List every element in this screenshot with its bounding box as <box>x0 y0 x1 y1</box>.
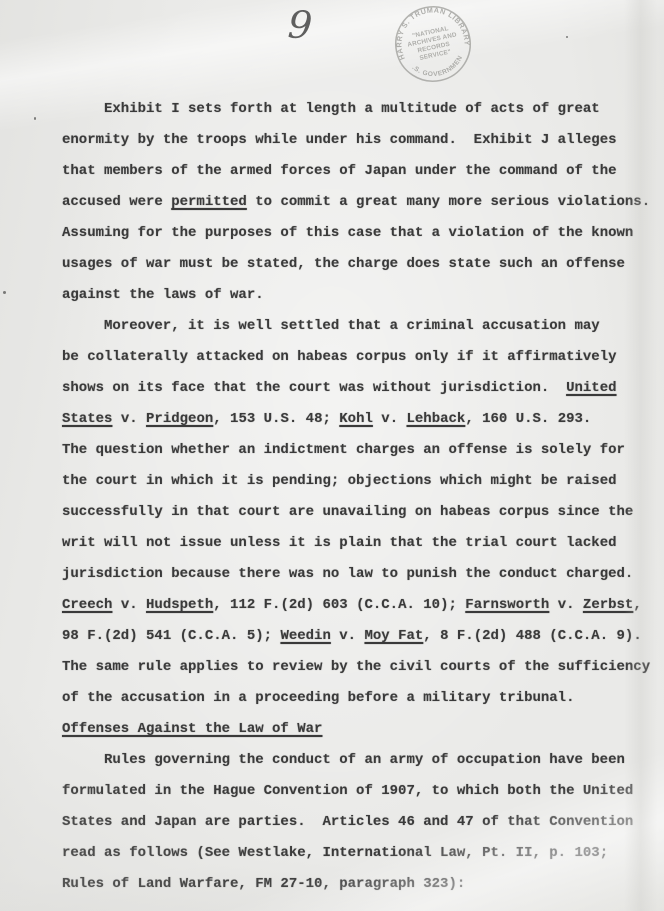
text-line: States v. Pridgeon, 153 U.S. 48; Kohl v.… <box>62 404 637 435</box>
underlined-text: Zerbst <box>583 597 633 613</box>
archives-stamp: HARRY S. TRUMAN LIBRARY U.S. GOVERNMENT … <box>371 0 495 106</box>
underlined-text: Kohl <box>339 411 373 427</box>
text-segment: v. <box>373 411 407 427</box>
text-segment: writ will not issue unless it is plain t… <box>62 535 617 551</box>
underlined-text: Farnsworth <box>465 597 549 613</box>
text-segment: v. <box>549 597 583 613</box>
text-line: The question whether an indictment charg… <box>62 435 637 466</box>
text-line: that members of the armed forces of Japa… <box>62 156 637 187</box>
text-line: Exhibit I sets forth at length a multitu… <box>62 94 637 125</box>
text-line: successfully in that court are unavailin… <box>62 497 637 528</box>
underlined-text: Weedin <box>280 628 330 644</box>
text-line: Rules governing the conduct of an army o… <box>62 745 637 776</box>
text-segment: Rules of Land Warfare, FM 27-10, paragra… <box>62 876 465 892</box>
text-line: Assuming for the purposes of this case t… <box>62 218 637 249</box>
underlined-text: Moy Fat <box>364 628 423 644</box>
text-segment: to commit a great many more serious viol… <box>247 194 650 210</box>
text-segment: enormity by the troops while under his c… <box>62 132 617 148</box>
text-segment: v. <box>112 411 146 427</box>
text-segment: v. <box>331 628 365 644</box>
paper-speck <box>34 117 36 120</box>
text-line: 98 F.(2d) 541 (C.C.A. 5); Weedin v. Moy … <box>62 621 637 652</box>
underlined-text: permitted <box>171 194 247 210</box>
text-segment: 98 F.(2d) 541 (C.C.A. 5); <box>62 628 280 644</box>
text-segment: the court in which it is pending; object… <box>62 473 617 489</box>
underlined-text: States <box>62 411 112 427</box>
underlined-text: Hudspeth <box>146 597 213 613</box>
text-segment: of the accusation in a proceeding before… <box>62 690 574 706</box>
text-line: accused were permitted to commit a great… <box>62 187 637 218</box>
text-segment: Rules governing the conduct of an army o… <box>104 752 625 768</box>
text-segment: The question whether an indictment charg… <box>62 442 625 458</box>
text-segment: , 160 U.S. 293. <box>465 411 591 427</box>
text-line: enormity by the troops while under his c… <box>62 125 637 156</box>
section-heading: Offenses Against the Law of War <box>62 714 637 745</box>
text-segment: States and Japan are parties. Articles 4… <box>62 814 633 830</box>
paper-speck <box>3 291 6 294</box>
text-segment: read as follows (See Westlake, Internati… <box>62 845 608 861</box>
text-line: Creech v. Hudspeth, 112 F.(2d) 603 (C.C.… <box>62 590 637 621</box>
text-segment: Exhibit I sets forth at length a multitu… <box>104 101 600 117</box>
text-segment: , 112 F.(2d) 603 (C.C.A. 10); <box>213 597 465 613</box>
text-segment: accused were <box>62 194 171 210</box>
text-segment: successfully in that court are unavailin… <box>62 504 633 520</box>
text-segment: shows on its face that the court was wit… <box>62 380 566 396</box>
text-line: of the accusation in a proceeding before… <box>62 683 637 714</box>
text-line: shows on its face that the court was wit… <box>62 373 637 404</box>
text-segment: that members of the armed forces of Japa… <box>62 163 617 179</box>
text-segment: The same rule applies to review by the c… <box>62 659 650 675</box>
text-line: States and Japan are parties. Articles 4… <box>62 807 637 838</box>
document-body: Exhibit I sets forth at length a multitu… <box>62 94 637 900</box>
text-segment: usages of war must be stated, the charge… <box>62 256 625 272</box>
text-segment: v. <box>112 597 146 613</box>
text-line: against the laws of war. <box>62 280 637 311</box>
underlined-text: Creech <box>62 597 112 613</box>
text-segment: against the laws of war. <box>62 287 264 303</box>
text-line: Moreover, it is well settled that a crim… <box>62 311 637 342</box>
text-segment: Moreover, it is well settled that a crim… <box>104 318 600 334</box>
text-segment: , <box>633 597 641 613</box>
text-line: the court in which it is pending; object… <box>62 466 637 497</box>
text-line: be collaterally attacked on habeas corpu… <box>62 342 637 373</box>
text-segment: Assuming for the purposes of this case t… <box>62 225 633 241</box>
text-line: formulated in the Hague Convention of 19… <box>62 776 637 807</box>
underlined-text: Pridgeon <box>146 411 213 427</box>
text-segment: be collaterally attacked on habeas corpu… <box>62 349 617 365</box>
text-segment: jurisdiction because there was no law to… <box>62 566 633 582</box>
text-line: The same rule applies to review by the c… <box>62 652 637 683</box>
text-line: Rules of Land Warfare, FM 27-10, paragra… <box>62 869 637 900</box>
paper-speck <box>566 36 568 38</box>
text-line: read as follows (See Westlake, Internati… <box>62 838 637 869</box>
text-line: writ will not issue unless it is plain t… <box>62 528 637 559</box>
text-segment: , 8 F.(2d) 488 (C.C.A. 9). <box>423 628 641 644</box>
underlined-text: United <box>566 380 616 396</box>
underlined-text: Lehback <box>407 411 466 427</box>
handwritten-page-number: 9 <box>287 5 314 45</box>
underlined-text: Offenses Against the Law of War <box>62 721 322 737</box>
text-segment: formulated in the Hague Convention of 19… <box>62 783 633 799</box>
document-page: 9 HARRY S. TRUMAN LIBRARY U.S. GOVERNMEN… <box>0 0 664 911</box>
text-line: jurisdiction because there was no law to… <box>62 559 637 590</box>
text-segment: , 153 U.S. 48; <box>213 411 339 427</box>
text-line: usages of war must be stated, the charge… <box>62 249 637 280</box>
